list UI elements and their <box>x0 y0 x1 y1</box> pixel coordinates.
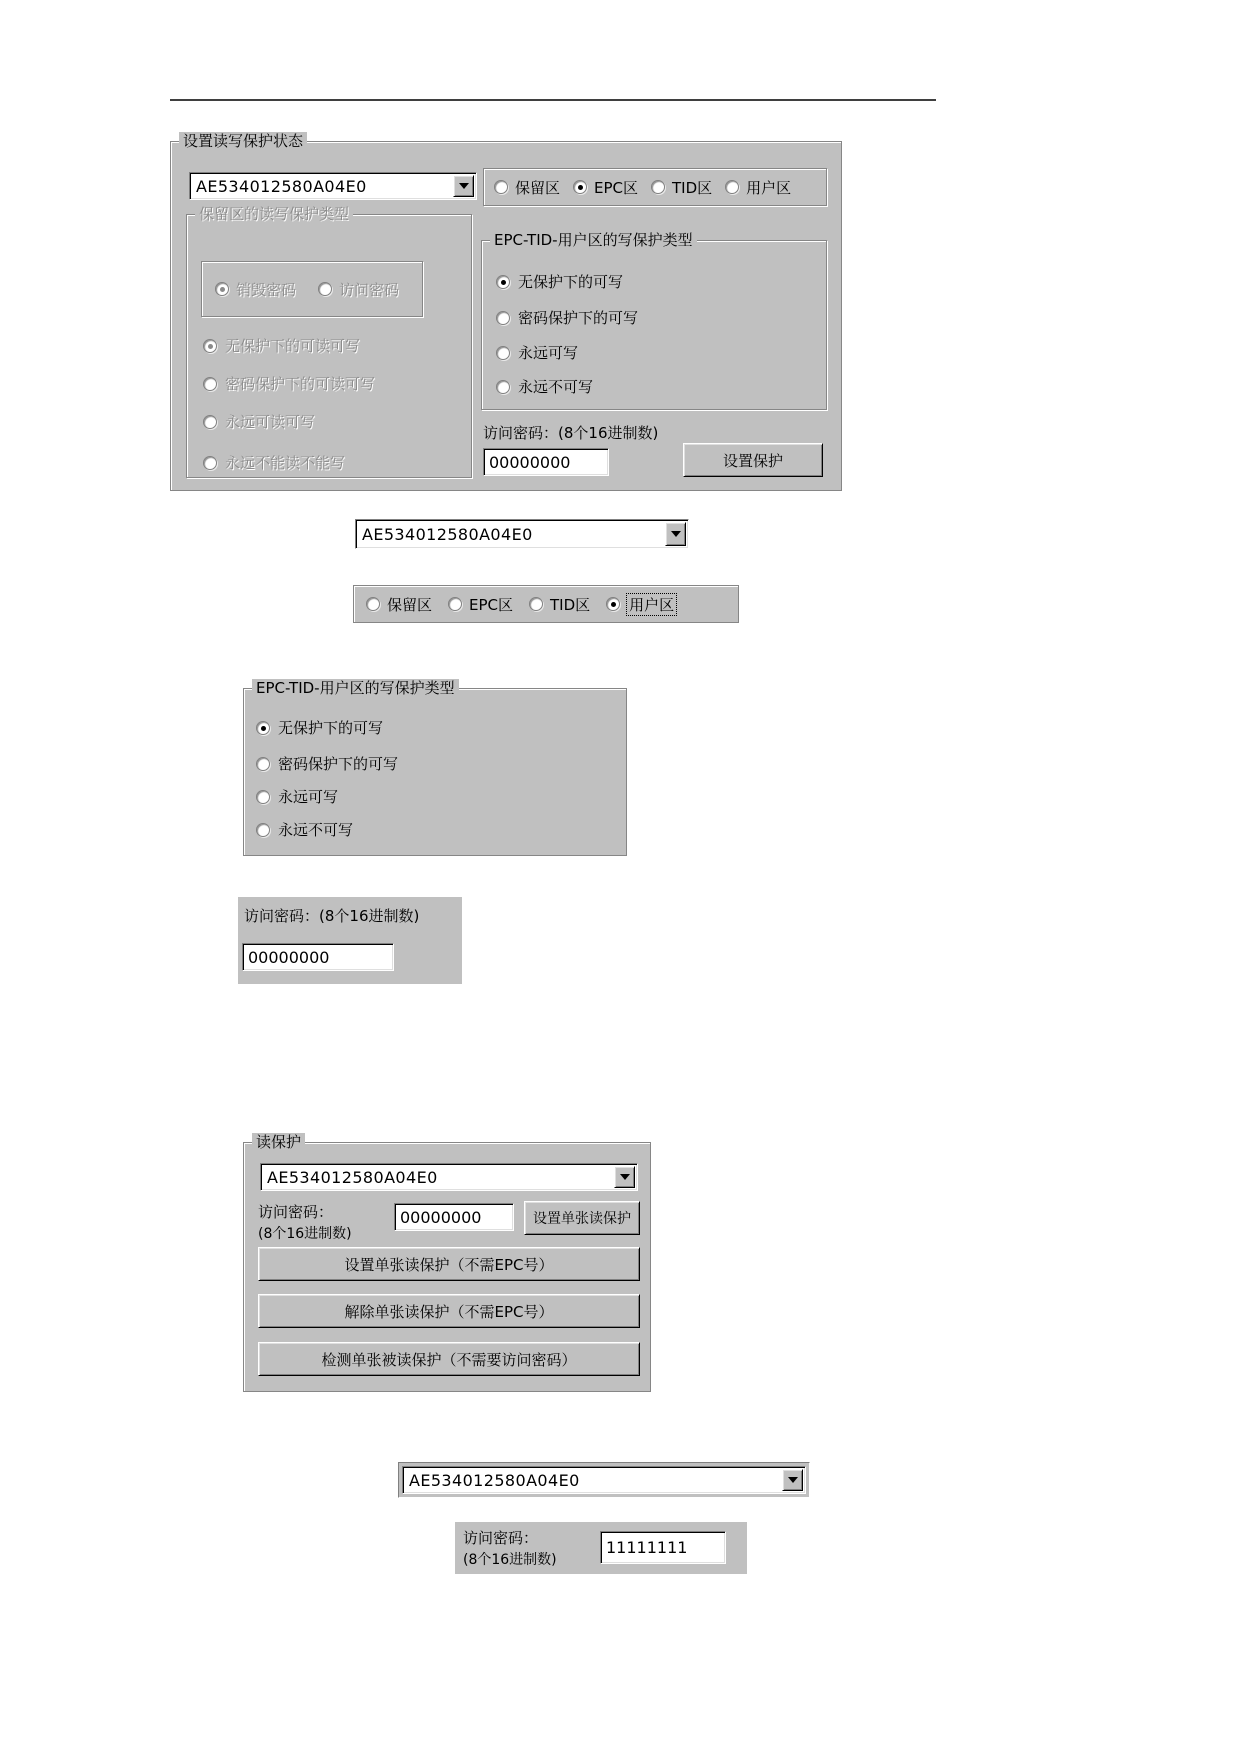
radio-bank-tid[interactable]: TID区 <box>651 177 712 198</box>
radio-label: 密码保护下的可写 <box>518 307 638 328</box>
radio-label: 永远可读可写 <box>225 411 315 432</box>
bank-radio-row: 保留区 EPC区 TID区 用户区 <box>483 168 827 206</box>
separator-line <box>170 99 936 101</box>
epc-combo-fragment2[interactable]: AE534012580A04E0 <box>402 1466 806 1494</box>
chevron-down-icon <box>788 1477 798 1483</box>
set-protect-button[interactable]: 设置保护 <box>683 443 823 477</box>
radio-label: 用户区 <box>746 177 791 198</box>
reserved-protect-group: 保留区的读写保护类型 销毁密码 访问密码 无保护下的可读可写 密码保护下的可读可… <box>186 214 472 478</box>
chevron-down-icon <box>620 1174 630 1180</box>
radio-write-option-1[interactable]: 无保护下的可写 <box>496 271 623 292</box>
password-fragment2-panel: 访问密码： (8个16进制数) <box>455 1522 747 1574</box>
radio-label: 保留区 <box>387 594 432 615</box>
epc-combo-value: AE534012580A04E0 <box>261 1164 612 1190</box>
reserved-protect-group-title: 保留区的读写保护类型 <box>195 205 353 224</box>
access-password-label: 访问密码： <box>258 1201 333 1222</box>
radio-bank-user[interactable]: 用户区 <box>725 177 791 198</box>
access-password-input[interactable] <box>242 943 394 971</box>
epc-combo-value: AE534012580A04E0 <box>356 520 663 548</box>
epc-combo-value: AE534012580A04E0 <box>190 173 451 199</box>
epc-combo-value: AE534012580A04E0 <box>403 1467 780 1493</box>
check-single-read-protect-button[interactable]: 检测单张被读保护（不需要访问密码） <box>258 1342 640 1376</box>
radio-icon <box>256 790 270 804</box>
radio-icon <box>215 282 229 296</box>
write-protect-group-title: EPC-TID-用户区的写保护类型 <box>252 679 459 698</box>
radio-write-option-3[interactable]: 永远可写 <box>256 786 338 807</box>
radio-label: 访问密码 <box>339 279 399 300</box>
radio-reserved-option-2: 密码保护下的可读可写 <box>203 373 375 394</box>
radio-icon <box>496 311 510 325</box>
radio-icon <box>256 823 270 837</box>
radio-icon <box>496 380 510 394</box>
radio-icon <box>529 597 543 611</box>
remove-single-read-protect-no-epc-button[interactable]: 解除单张读保护（不需EPC号） <box>258 1294 640 1328</box>
radio-icon <box>573 180 587 194</box>
access-password-label: 访问密码：(8个16进制数) <box>483 422 658 443</box>
radio-access-password: 访问密码 <box>318 279 399 300</box>
radio-label: 永远可写 <box>278 786 338 807</box>
radio-label: 永远不能读不能写 <box>225 452 345 473</box>
radio-write-option-3[interactable]: 永远可写 <box>496 342 578 363</box>
radio-icon <box>366 597 380 611</box>
combo-dropdown-button[interactable] <box>782 1469 803 1491</box>
radio-label: 用户区 <box>627 594 676 615</box>
access-password-sublabel: (8个16进制数) <box>463 1549 557 1569</box>
radio-bank-user[interactable]: 用户区 <box>606 594 676 615</box>
radio-write-option-2[interactable]: 密码保护下的可写 <box>256 753 398 774</box>
radio-write-option-2[interactable]: 密码保护下的可写 <box>496 307 638 328</box>
radio-bank-reserved[interactable]: 保留区 <box>366 594 432 615</box>
access-password-label: 访问密码：(8个16进制数) <box>244 905 419 926</box>
write-protect-group: EPC-TID-用户区的写保护类型 无保护下的可写 密码保护下的可写 永远可写 … <box>481 240 827 410</box>
radio-icon <box>448 597 462 611</box>
radio-icon <box>256 757 270 771</box>
radio-reserved-option-1: 无保护下的可读可写 <box>203 335 360 356</box>
radio-icon <box>203 415 217 429</box>
radio-label: TID区 <box>672 177 712 198</box>
radio-icon <box>203 339 217 353</box>
radio-icon <box>496 275 510 289</box>
access-password-input[interactable] <box>394 1203 514 1231</box>
epc-combo-frame: AE534012580A04E0 <box>398 1462 810 1498</box>
access-password-input[interactable] <box>483 448 609 476</box>
radio-icon <box>651 180 665 194</box>
epc-combo-fragment[interactable]: AE534012580A04E0 <box>355 519 689 549</box>
read-protect-group-title: 读保护 <box>252 1133 305 1152</box>
radio-icon <box>318 282 332 296</box>
combo-dropdown-button[interactable] <box>665 522 686 546</box>
radio-label: 销毁密码 <box>236 279 296 300</box>
radio-label: 无保护下的可写 <box>278 717 383 738</box>
access-password-input[interactable] <box>600 1531 726 1564</box>
radio-icon <box>203 456 217 470</box>
set-single-read-protect-button[interactable]: 设置单张读保护 <box>524 1201 640 1235</box>
set-single-read-protect-no-epc-button[interactable]: 设置单张读保护（不需EPC号） <box>258 1247 640 1281</box>
radio-icon <box>494 180 508 194</box>
radio-label: 密码保护下的可读可写 <box>225 373 375 394</box>
radio-label: 密码保护下的可写 <box>278 753 398 774</box>
password-type-box: 销毁密码 访问密码 <box>201 261 423 317</box>
radio-write-option-4[interactable]: 永远不可写 <box>496 376 593 397</box>
radio-icon <box>606 597 620 611</box>
radio-reserved-option-4: 永远不能读不能写 <box>203 452 345 473</box>
radio-bank-epc[interactable]: EPC区 <box>573 177 638 198</box>
epc-combo[interactable]: AE534012580A04E0 <box>260 1163 638 1191</box>
combo-dropdown-button[interactable] <box>453 175 474 197</box>
radio-icon <box>725 180 739 194</box>
chevron-down-icon <box>671 531 681 537</box>
combo-dropdown-button[interactable] <box>614 1166 635 1188</box>
access-password-label: 访问密码： <box>463 1527 538 1548</box>
radio-label: 无保护下的可读可写 <box>225 335 360 356</box>
set-protect-group: 设置读写保护状态 AE534012580A04E0 保留区 EPC区 TID区 … <box>170 141 842 491</box>
radio-label: TID区 <box>550 594 590 615</box>
radio-label: EPC区 <box>469 594 513 615</box>
radio-bank-tid[interactable]: TID区 <box>529 594 590 615</box>
radio-kill-password: 销毁密码 <box>215 279 296 300</box>
access-password-sublabel: (8个16进制数) <box>258 1223 352 1243</box>
epc-combo[interactable]: AE534012580A04E0 <box>189 172 477 200</box>
bank-radio-row-fragment: 保留区 EPC区 TID区 用户区 <box>353 585 739 623</box>
radio-icon <box>203 377 217 391</box>
write-protect-group-fragment: EPC-TID-用户区的写保护类型 无保护下的可写 密码保护下的可写 永远可写 … <box>243 688 627 856</box>
page-canvas: 设置读写保护状态 AE534012580A04E0 保留区 EPC区 TID区 … <box>0 0 1240 1754</box>
radio-label: 永远可写 <box>518 342 578 363</box>
radio-write-option-1[interactable]: 无保护下的可写 <box>256 717 383 738</box>
radio-bank-reserved[interactable]: 保留区 <box>494 177 560 198</box>
radio-write-option-4[interactable]: 永远不可写 <box>256 819 353 840</box>
radio-label: 永远不可写 <box>518 376 593 397</box>
chevron-down-icon <box>459 183 469 189</box>
password-fragment-panel: 访问密码：(8个16进制数) <box>238 897 462 984</box>
radio-icon <box>256 721 270 735</box>
radio-label: 无保护下的可写 <box>518 271 623 292</box>
write-protect-group-title: EPC-TID-用户区的写保护类型 <box>490 231 697 250</box>
radio-label: 永远不可写 <box>278 819 353 840</box>
set-protect-group-title: 设置读写保护状态 <box>179 132 307 151</box>
radio-reserved-option-3: 永远可读可写 <box>203 411 315 432</box>
read-protect-group: 读保护 AE534012580A04E0 访问密码： (8个16进制数) 设置单… <box>243 1142 651 1392</box>
radio-label: EPC区 <box>594 177 638 198</box>
radio-icon <box>496 346 510 360</box>
radio-label: 保留区 <box>515 177 560 198</box>
radio-bank-epc[interactable]: EPC区 <box>448 594 513 615</box>
